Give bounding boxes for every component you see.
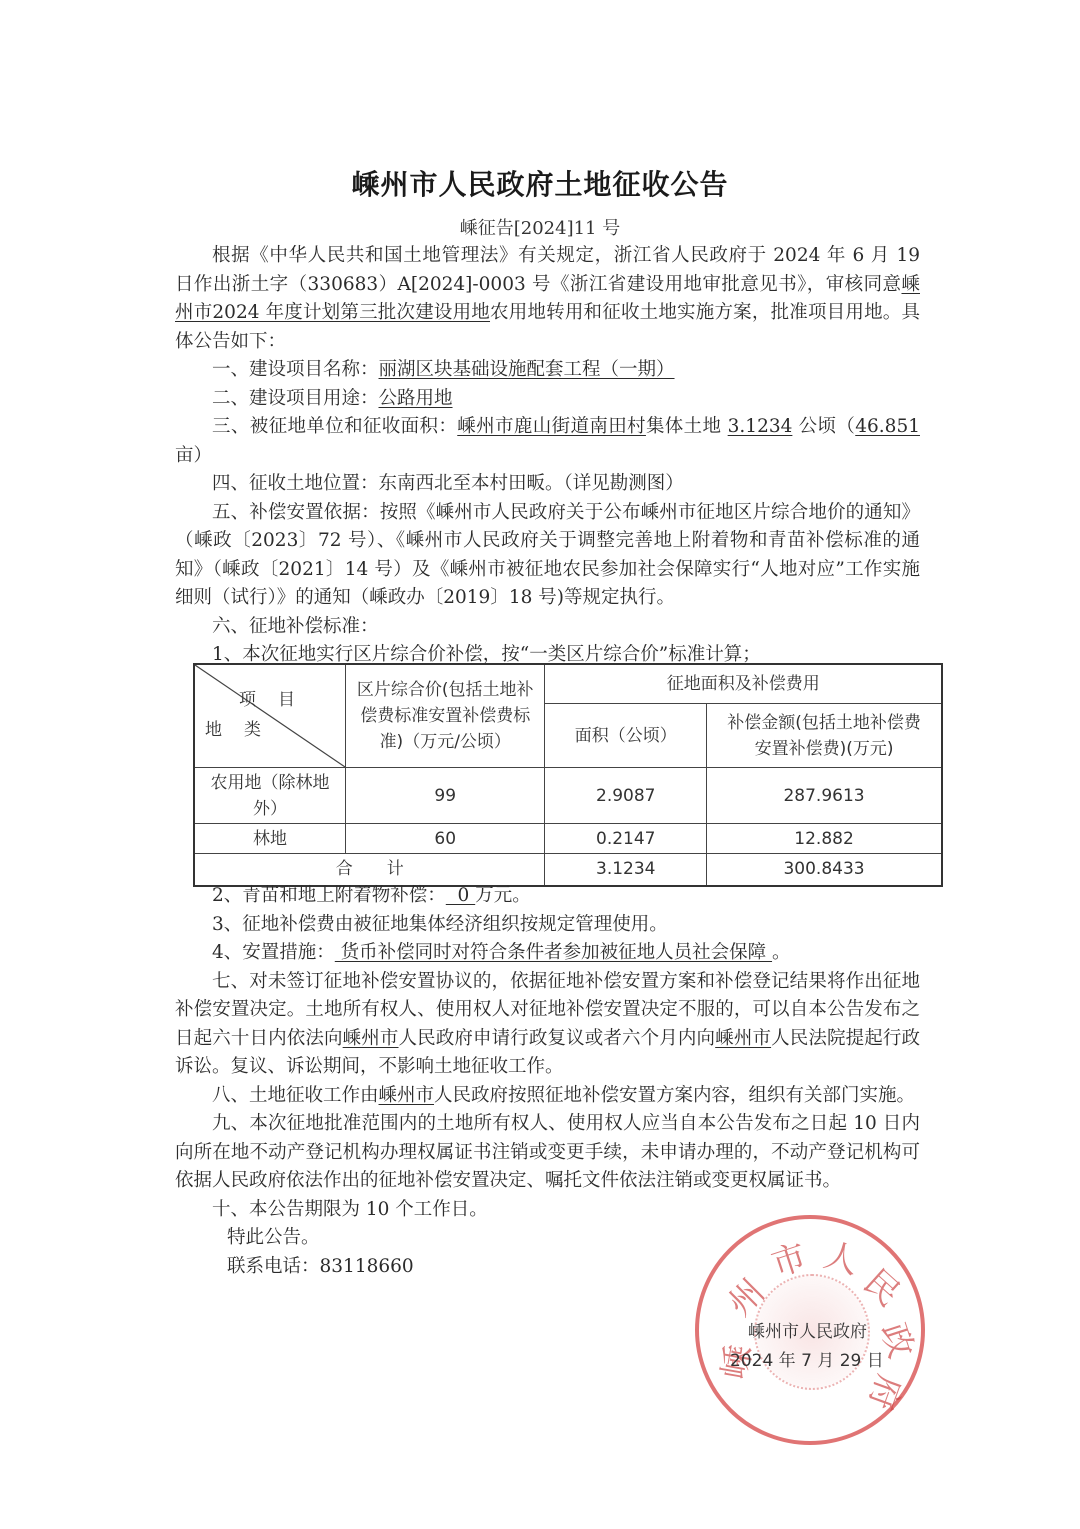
item-6-2-label: 2、青苗和地上附着物补偿： [212,885,446,906]
item-2-value: 公路用地 [379,388,453,409]
corner-label-item: 项目 [239,687,317,713]
row-amount: 287.9613 [707,768,942,824]
signature-org: 嵊州市人民政府 [720,1318,920,1347]
item-6-4-value: 货币补偿同时对符合条件者参加被征地人员社会保障 [335,942,772,963]
header-group: 征地面积及补偿费用 [545,664,942,704]
item-3-area-ha: 3.1234 [728,416,793,437]
item-1: 一、建设项目名称：丽湖区块基础设施配套工程（一期） [175,356,920,385]
table-total-row: 合 计 3.1234 300.8433 [194,854,942,886]
document-title: 嵊州市人民政府土地征收公告 [0,163,1080,203]
seal-char: 人 [819,1227,865,1283]
item-2: 二、建设项目用途：公路用地 [175,385,920,414]
signature-block: 嵊州市人民政府 2024 年 7 月 29 日 [720,1318,920,1376]
row-price: 99 [346,768,545,824]
header-area: 面积（公顷） [545,704,707,768]
row-area: 0.2147 [545,824,707,854]
item-4: 四、征收土地位置：东南西北至本村田畈。（详见勘测图） [175,470,920,499]
row-type: 林地 [194,824,346,854]
item-6-4-end: 。 [772,942,791,963]
row-price: 60 [346,824,545,854]
item-6-2-value: 0 [446,885,475,906]
item-7-city-2: 嵊州市 [715,1028,771,1049]
table-row: 林地 60 0.2147 12.882 [194,824,942,854]
item-3: 三、被征地单位和征收面积：嵊州市鹿山街道南田村集体土地 3.1234 公顷（46… [175,413,920,470]
item-6-4-label: 4、安置措施： [212,942,335,963]
signature-date: 2024 年 7 月 29 日 [720,1347,920,1376]
item-3-label: 三、被征地单位和征收面积： [212,416,457,437]
header-amount: 补偿金额(包括土地补偿费安置补偿费)(万元) [707,704,942,768]
item-9: 九、本次征地批准范围内的土地所有权人、使用权人应当自本公告发布之日起 10 日内… [175,1110,920,1196]
total-area: 3.1234 [545,854,707,886]
row-area: 2.9087 [545,768,707,824]
item-6-2: 2、青苗和地上附着物补偿： 0 万元。 [175,882,920,911]
item-6-1-zone-class: 一类区片综合价 [529,644,659,665]
total-amount: 300.8433 [707,854,942,886]
compensation-table: 项目 地类 区片综合价(包括土地补偿费标准安置补偿费标准)（万元/公顷） 征地面… [193,663,943,887]
contact-label: 联系电话： [227,1256,320,1277]
total-label: 合 计 [194,854,545,886]
intro-text-a: 根据《中华人民共和国土地管理法》有关规定，浙江省人民政府于 2024 年 6 月… [175,245,920,295]
item-5: 五、补偿安置依据：按照《嵊州市人民政府关于公布嵊州市征地区片综合地价的通知》（嵊… [175,499,920,613]
item-6-2-unit: 万元。 [475,885,531,906]
table-row: 农用地（除林地外） 99 2.9087 287.9613 [194,768,942,824]
item-6-1-text-b: ”标准计算； [659,644,761,665]
item-1-value: 丽湖区块基础设施配套工程（一期） [379,359,675,380]
item-6-1-text-a: 1、本次征地实行区片综合价补偿，按“ [212,644,529,665]
item-3-mid: 集体土地 [646,416,728,437]
row-amount: 12.882 [707,824,942,854]
document-body: 根据《中华人民共和国土地管理法》有关规定，浙江省人民政府于 2024 年 6 月… [175,242,920,670]
document-page: 嵊州市人民政府土地征收公告 嵊征告[2024]11 号 根据《中华人民共和国土地… [0,0,1080,1529]
diagonal-line-icon [195,665,345,767]
row-type: 农用地（除林地外） [194,768,346,824]
item-8-text-b: 人民政府按照征地补偿安置方案内容，组织有关部门实施。 [434,1085,915,1106]
item-3-area-mu: 46.851 [855,416,920,437]
table-corner-cell: 项目 地类 [194,664,346,768]
item-3-unit: 嵊州市鹿山街道南田村 [457,416,646,437]
table-header-row-1: 项目 地类 区片综合价(包括土地补偿费标准安置补偿费标准)（万元/公顷） 征地面… [194,664,942,704]
item-6-4: 4、安置措施： 货币补偿同时对符合条件者参加被征地人员社会保障 。 [175,939,920,968]
item-6: 六、征地补偿标准： [175,613,920,642]
seal-char: 市 [764,1229,811,1286]
item-2-label: 二、建设项目用途： [212,388,379,409]
item-8-text-a: 八、土地征收工作由 [212,1085,379,1106]
document-number: 嵊征告[2024]11 号 [0,214,1080,240]
item-8: 八、土地征收工作由嵊州市人民政府按照征地补偿安置方案内容，组织有关部门实施。 [175,1082,920,1111]
header-price: 区片综合价(包括土地补偿费标准安置补偿费标准)（万元/公顷） [346,664,545,768]
item-7-text-b: 人民政府申请行政复议或者六个月内向 [399,1028,716,1049]
contact-phone: 83118660 [320,1256,414,1277]
seal-char: 府 [859,1369,917,1418]
item-6-3: 3、征地补偿费由被征地集体经济组织按规定管理使用。 [175,911,920,940]
item-3-ha-label: 公顷（ [792,416,855,437]
item-8-city: 嵊州市 [379,1085,435,1106]
corner-label-landtype: 地类 [205,717,283,743]
item-3-mu-label: 亩） [175,445,212,466]
item-1-label: 一、建设项目名称： [212,359,379,380]
item-7-city-1: 嵊州市 [343,1028,399,1049]
intro-paragraph: 根据《中华人民共和国土地管理法》有关规定，浙江省人民政府于 2024 年 6 月… [175,242,920,356]
item-7: 七、对未签订征地补偿安置协议的，依据征地补偿安置方案和补偿登记结果将作出征地补偿… [175,968,920,1082]
